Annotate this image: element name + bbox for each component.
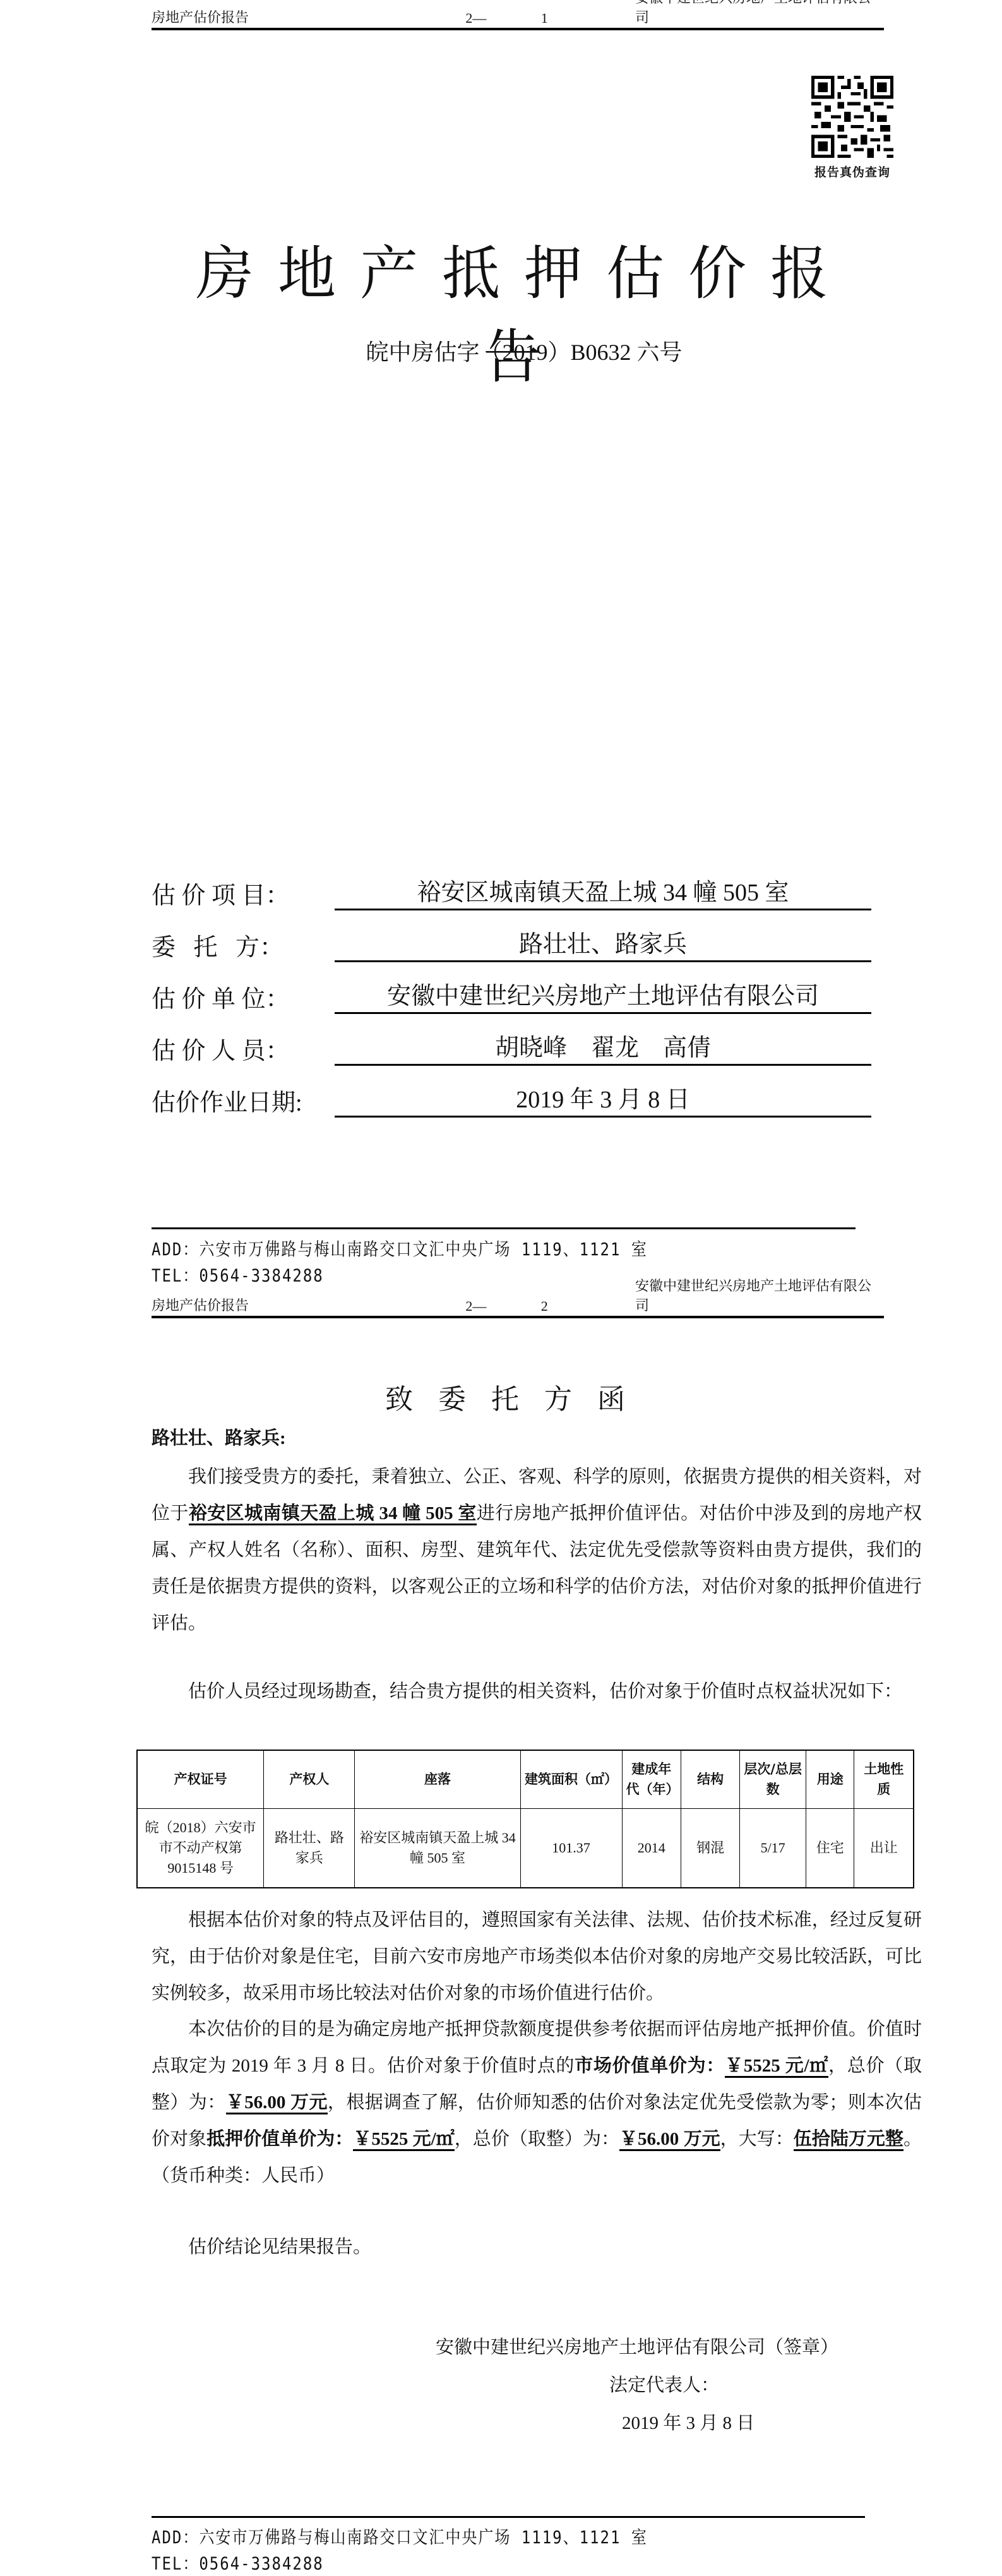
market-total-price: ￥56.00 万元 <box>226 2092 328 2114</box>
cell-floor: 5/17 <box>740 1808 806 1888</box>
property-table: 产权证号 产权人 座落 建筑面积（㎡） 建成年代（年） 结构 层次/总层数 用途… <box>136 1750 914 1888</box>
col-owner: 产权人 <box>264 1750 355 1808</box>
cell-owner: 路壮壮、路家兵 <box>264 1808 355 1888</box>
footer-rule <box>152 1227 856 1229</box>
survey-text: 估价人员经过现场勘查，结合贵方提供的相关资料，估价对象于价值时点权益状况如下： <box>188 1681 902 1702</box>
qr-code-icon[interactable] <box>811 76 893 158</box>
col-area: 建筑面积（㎡） <box>520 1750 622 1808</box>
see-result-text: 估价结论见结果报告。 <box>188 2237 371 2257</box>
header-report-name: 房地产估价报告 <box>152 7 465 27</box>
header-rule <box>152 28 884 30</box>
info-value-client: 路壮壮、路家兵 <box>335 924 871 962</box>
table-header-row: 产权证号 产权人 座落 建筑面积（㎡） 建成年代（年） 结构 层次/总层数 用途… <box>137 1750 914 1808</box>
header-company: 安徽中建世纪兴房地产土地评估有限公司 <box>635 1275 884 1315</box>
footer-address: ADD：六安市万佛路与梅山南路交口文汇中央广场 1119、1121 室 <box>152 1236 648 1262</box>
market-unit-price: ￥5525 元/㎡ <box>725 2056 828 2078</box>
table-row: 皖（2018）六安市市不动产权第 9015148 号 路壮壮、路家兵 裕安区城南… <box>137 1808 914 1888</box>
page2-footer: ADD：六安市万佛路与梅山南路交口文汇中央广场 1119、1121 室 TEL：… <box>152 2524 648 2576</box>
cell-land-type: 出让 <box>854 1808 914 1888</box>
info-label: 委 托 方： <box>152 927 335 962</box>
document-number: 皖中房估字（2019）B0632 六号 <box>177 335 871 367</box>
footer-tel: TEL：0564-3384288 <box>152 2550 648 2576</box>
info-value-project: 裕安区城南镇天盈上城 34 幢 505 室 <box>335 873 871 910</box>
col-location: 座落 <box>355 1750 520 1808</box>
cell-location: 裕安区城南镇天盈上城 34 幢 505 室 <box>355 1808 520 1888</box>
cell-use: 住宅 <box>806 1808 854 1888</box>
col-year: 建成年代（年） <box>622 1750 681 1808</box>
text-segment: ，总价（取整）为： <box>455 2129 619 2149</box>
signature-date: 2019 年 3 月 8 日 <box>436 2404 890 2442</box>
info-row-date: 估价作业日期: 2019 年 3 月 8 日 <box>152 1066 871 1118</box>
col-floor: 层次/总层数 <box>740 1750 806 1808</box>
mortgage-value-label: 抵押价值单价为： <box>206 2129 353 2149</box>
page1-footer: ADD：六安市万佛路与梅山南路交口文汇中央广场 1119、1121 室 TEL：… <box>152 1236 648 1289</box>
cell-area: 101.37 <box>520 1808 622 1888</box>
header-report-name: 房地产估价报告 <box>152 1295 465 1315</box>
text-segment: ，大写： <box>720 2129 794 2149</box>
paragraph-survey: 估价人员经过现场勘查，结合贵方提供的相关资料，估价对象于价值时点权益状况如下： <box>152 1673 922 1710</box>
mortgage-unit-price: ￥5525 元/㎡ <box>353 2129 454 2151</box>
col-structure: 结构 <box>681 1750 739 1808</box>
info-label: 估 价 项 目： <box>152 876 335 910</box>
info-label: 估价作业日期: <box>152 1083 335 1118</box>
market-value-label: 市场价值单价为： <box>575 2056 725 2076</box>
method-text: 根据本估价对象的特点及评估目的，遵照国家有关法律、法规、估价技术标准，经过反复研… <box>152 1910 922 2003</box>
signature-company: 安徽中建世纪兴房地产土地评估有限公司（签章） <box>436 2329 890 2366</box>
info-label: 估 价 单 位： <box>152 979 335 1014</box>
col-cert-no: 产权证号 <box>137 1750 264 1808</box>
header-page-prefix: 2— <box>465 1298 540 1315</box>
cell-cert-no: 皖（2018）六安市市不动产权第 9015148 号 <box>137 1808 264 1888</box>
col-land-type: 土地性质 <box>854 1750 914 1808</box>
cell-structure: 钢混 <box>681 1808 739 1888</box>
paragraph-conclusion: 本次估价的目的是为确定房地产抵押贷款额度提供参考依据而评估房地产抵押价值。价值时… <box>152 2011 922 2194</box>
signature-block: 安徽中建世纪兴房地产土地评估有限公司（签章） 法定代表人： 2019 年 3 月… <box>436 2329 890 2442</box>
info-value-firm: 安徽中建世纪兴房地产土地评估有限公司 <box>335 976 871 1014</box>
letter-title: 致委托方函 <box>152 1376 884 1417</box>
header-page-number: 1 <box>541 10 635 27</box>
paragraph-see-result: 估价结论见结果报告。 <box>152 2229 922 2265</box>
header-company: 安徽中建世纪兴房地产土地评估有限公司 <box>635 0 884 27</box>
info-row-appraisers: 估 价 人 员： 胡晓峰 翟龙 高倩 <box>152 1014 871 1066</box>
header-rule <box>152 1316 884 1318</box>
mortgage-total-price: ￥56.00 万元 <box>619 2129 720 2151</box>
info-row-firm: 估 价 单 位： 安徽中建世纪兴房地产土地评估有限公司 <box>152 962 871 1014</box>
page2-header: 房地产估价报告 2— 2 安徽中建世纪兴房地产土地评估有限公司 <box>152 1296 884 1315</box>
signature-legal-rep: 法定代表人： <box>436 2366 890 2404</box>
report-title: 房地产抵押估价报告 <box>177 227 871 394</box>
paragraph-method: 根据本估价对象的特点及评估目的，遵照国家有关法律、法规、估价技术标准，经过反复研… <box>152 1902 922 2012</box>
footer-rule <box>152 2516 865 2518</box>
info-row-client: 委 托 方： 路壮壮、路家兵 <box>152 910 871 962</box>
page1-header: 房地产估价报告 2— 1 安徽中建世纪兴房地产土地评估有限公司 <box>152 8 884 27</box>
header-page-number: 2 <box>541 1298 635 1315</box>
footer-address: ADD：六安市万佛路与梅山南路交口文汇中央广场 1119、1121 室 <box>152 2524 648 2550</box>
paragraph-intro: 我们接受贵方的委托，秉着独立、公正、客观、科学的原则，依据贵方提供的相关资料，对… <box>152 1458 922 1642</box>
footer-tel: TEL：0564-3384288 <box>152 1262 648 1288</box>
header-page-prefix: 2— <box>465 10 540 27</box>
info-row-project: 估 价 项 目： 裕安区城南镇天盈上城 34 幢 505 室 <box>152 859 871 910</box>
info-label: 估 价 人 员： <box>152 1031 335 1066</box>
qr-caption: 报告真伪查询 <box>802 163 903 180</box>
info-value-appraisers: 胡晓峰 翟龙 高倩 <box>335 1028 871 1066</box>
info-block: 估 价 项 目： 裕安区城南镇天盈上城 34 幢 505 室 委 托 方： 路壮… <box>152 859 871 1118</box>
mortgage-total-words: 伍拾陆万元整 <box>794 2129 904 2151</box>
cell-year: 2014 <box>622 1808 681 1888</box>
col-use: 用途 <box>806 1750 854 1808</box>
info-value-date: 2019 年 3 月 8 日 <box>335 1080 871 1118</box>
subject-address: 裕安区城南镇天盈上城 34 幢 505 室 <box>189 1503 477 1525</box>
salutation: 路壮壮、路家兵: <box>152 1424 286 1450</box>
qr-block[interactable]: 报告真伪查询 <box>802 76 903 180</box>
